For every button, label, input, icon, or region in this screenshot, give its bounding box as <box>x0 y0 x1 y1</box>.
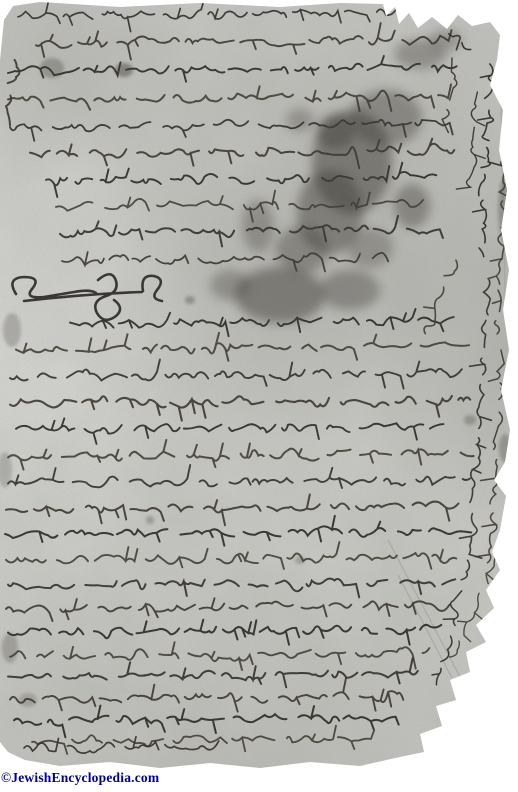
paper-grain-texture <box>0 0 518 792</box>
watermark-text: ©JewishEncyclopedia.com <box>1 770 159 786</box>
scan-background: ©JewishEncyclopedia.com <box>0 0 518 792</box>
manuscript-page <box>0 0 518 792</box>
handwriting-layer <box>0 0 518 792</box>
